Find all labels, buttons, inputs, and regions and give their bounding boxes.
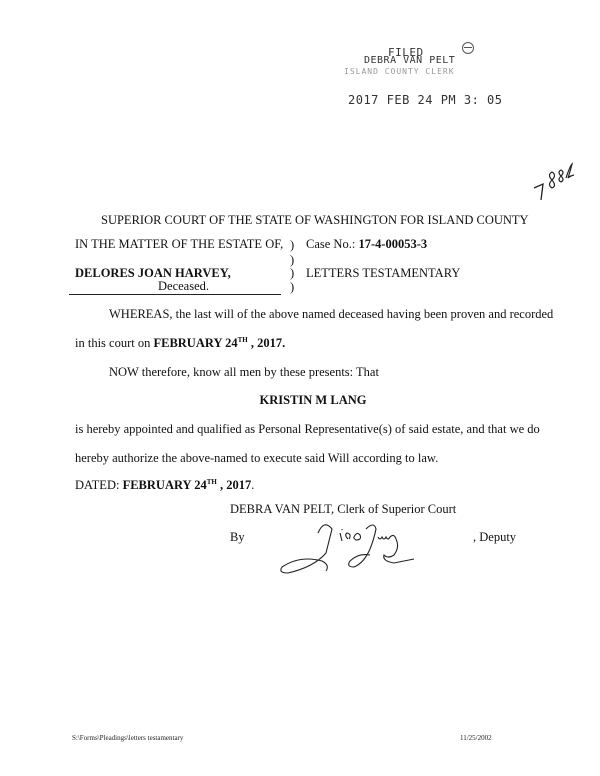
deputy-label: , Deputy xyxy=(473,530,516,545)
deceased-name: DELORES JOAN HARVEY, xyxy=(75,266,231,280)
caption-matter: IN THE MATTER OF THE ESTATE OF, xyxy=(75,237,283,252)
caption-paren-3: ) xyxy=(290,266,294,281)
appointed-line: is hereby appointed and qualified as Per… xyxy=(75,422,540,437)
caption-paren-4: ) xyxy=(290,280,294,295)
stamp-clerk-name: DEBRA VAN PELT xyxy=(364,55,455,66)
recorded-text: in this court on xyxy=(75,336,153,350)
whereas-paragraph: WHEREAS, the last will of the above name… xyxy=(109,307,553,322)
caption-status: Deceased. xyxy=(158,279,209,294)
handwritten-page-number xyxy=(528,158,578,203)
case-number-line: Case No.: 17-4-00053-3 xyxy=(306,237,427,252)
caption-underline xyxy=(69,294,281,295)
stamp-seal-icon xyxy=(462,42,474,54)
recorded-date: FEBRUARY 24TH , 2017. xyxy=(153,336,285,350)
by-label: By xyxy=(230,530,245,545)
case-number-label: Case No.: xyxy=(306,237,358,251)
footer-file-path: S:\Forms\Pleadings\letters testamentary xyxy=(72,734,183,742)
deputy-signature xyxy=(278,515,428,580)
document-title: LETTERS TESTAMENTARY xyxy=(306,266,460,281)
dated-date: FEBRUARY 24TH , 2017 xyxy=(123,478,252,492)
authorize-line: hereby authorize the above-named to exec… xyxy=(75,451,438,466)
court-title: SUPERIOR COURT OF THE STATE OF WASHINGTO… xyxy=(101,213,529,228)
stamp-county-clerk: ISLAND COUNTY CLERK xyxy=(344,67,455,76)
now-therefore-line: NOW therefore, know all men by these pre… xyxy=(109,365,379,380)
case-number: 17-4-00053-3 xyxy=(358,237,427,251)
recorded-date-line: in this court on FEBRUARY 24TH , 2017. xyxy=(75,336,285,351)
caption-paren-1: ) xyxy=(290,238,294,253)
dated-line: DATED: FEBRUARY 24TH , 2017. xyxy=(75,478,254,493)
dated-label: DATED: xyxy=(75,478,123,492)
stamp-datetime: 2017 FEB 24 PM 3: 05 xyxy=(348,93,503,107)
appointee-name: KRISTIN M LANG xyxy=(0,393,600,408)
footer-form-date: 11/25/2002 xyxy=(460,734,492,742)
